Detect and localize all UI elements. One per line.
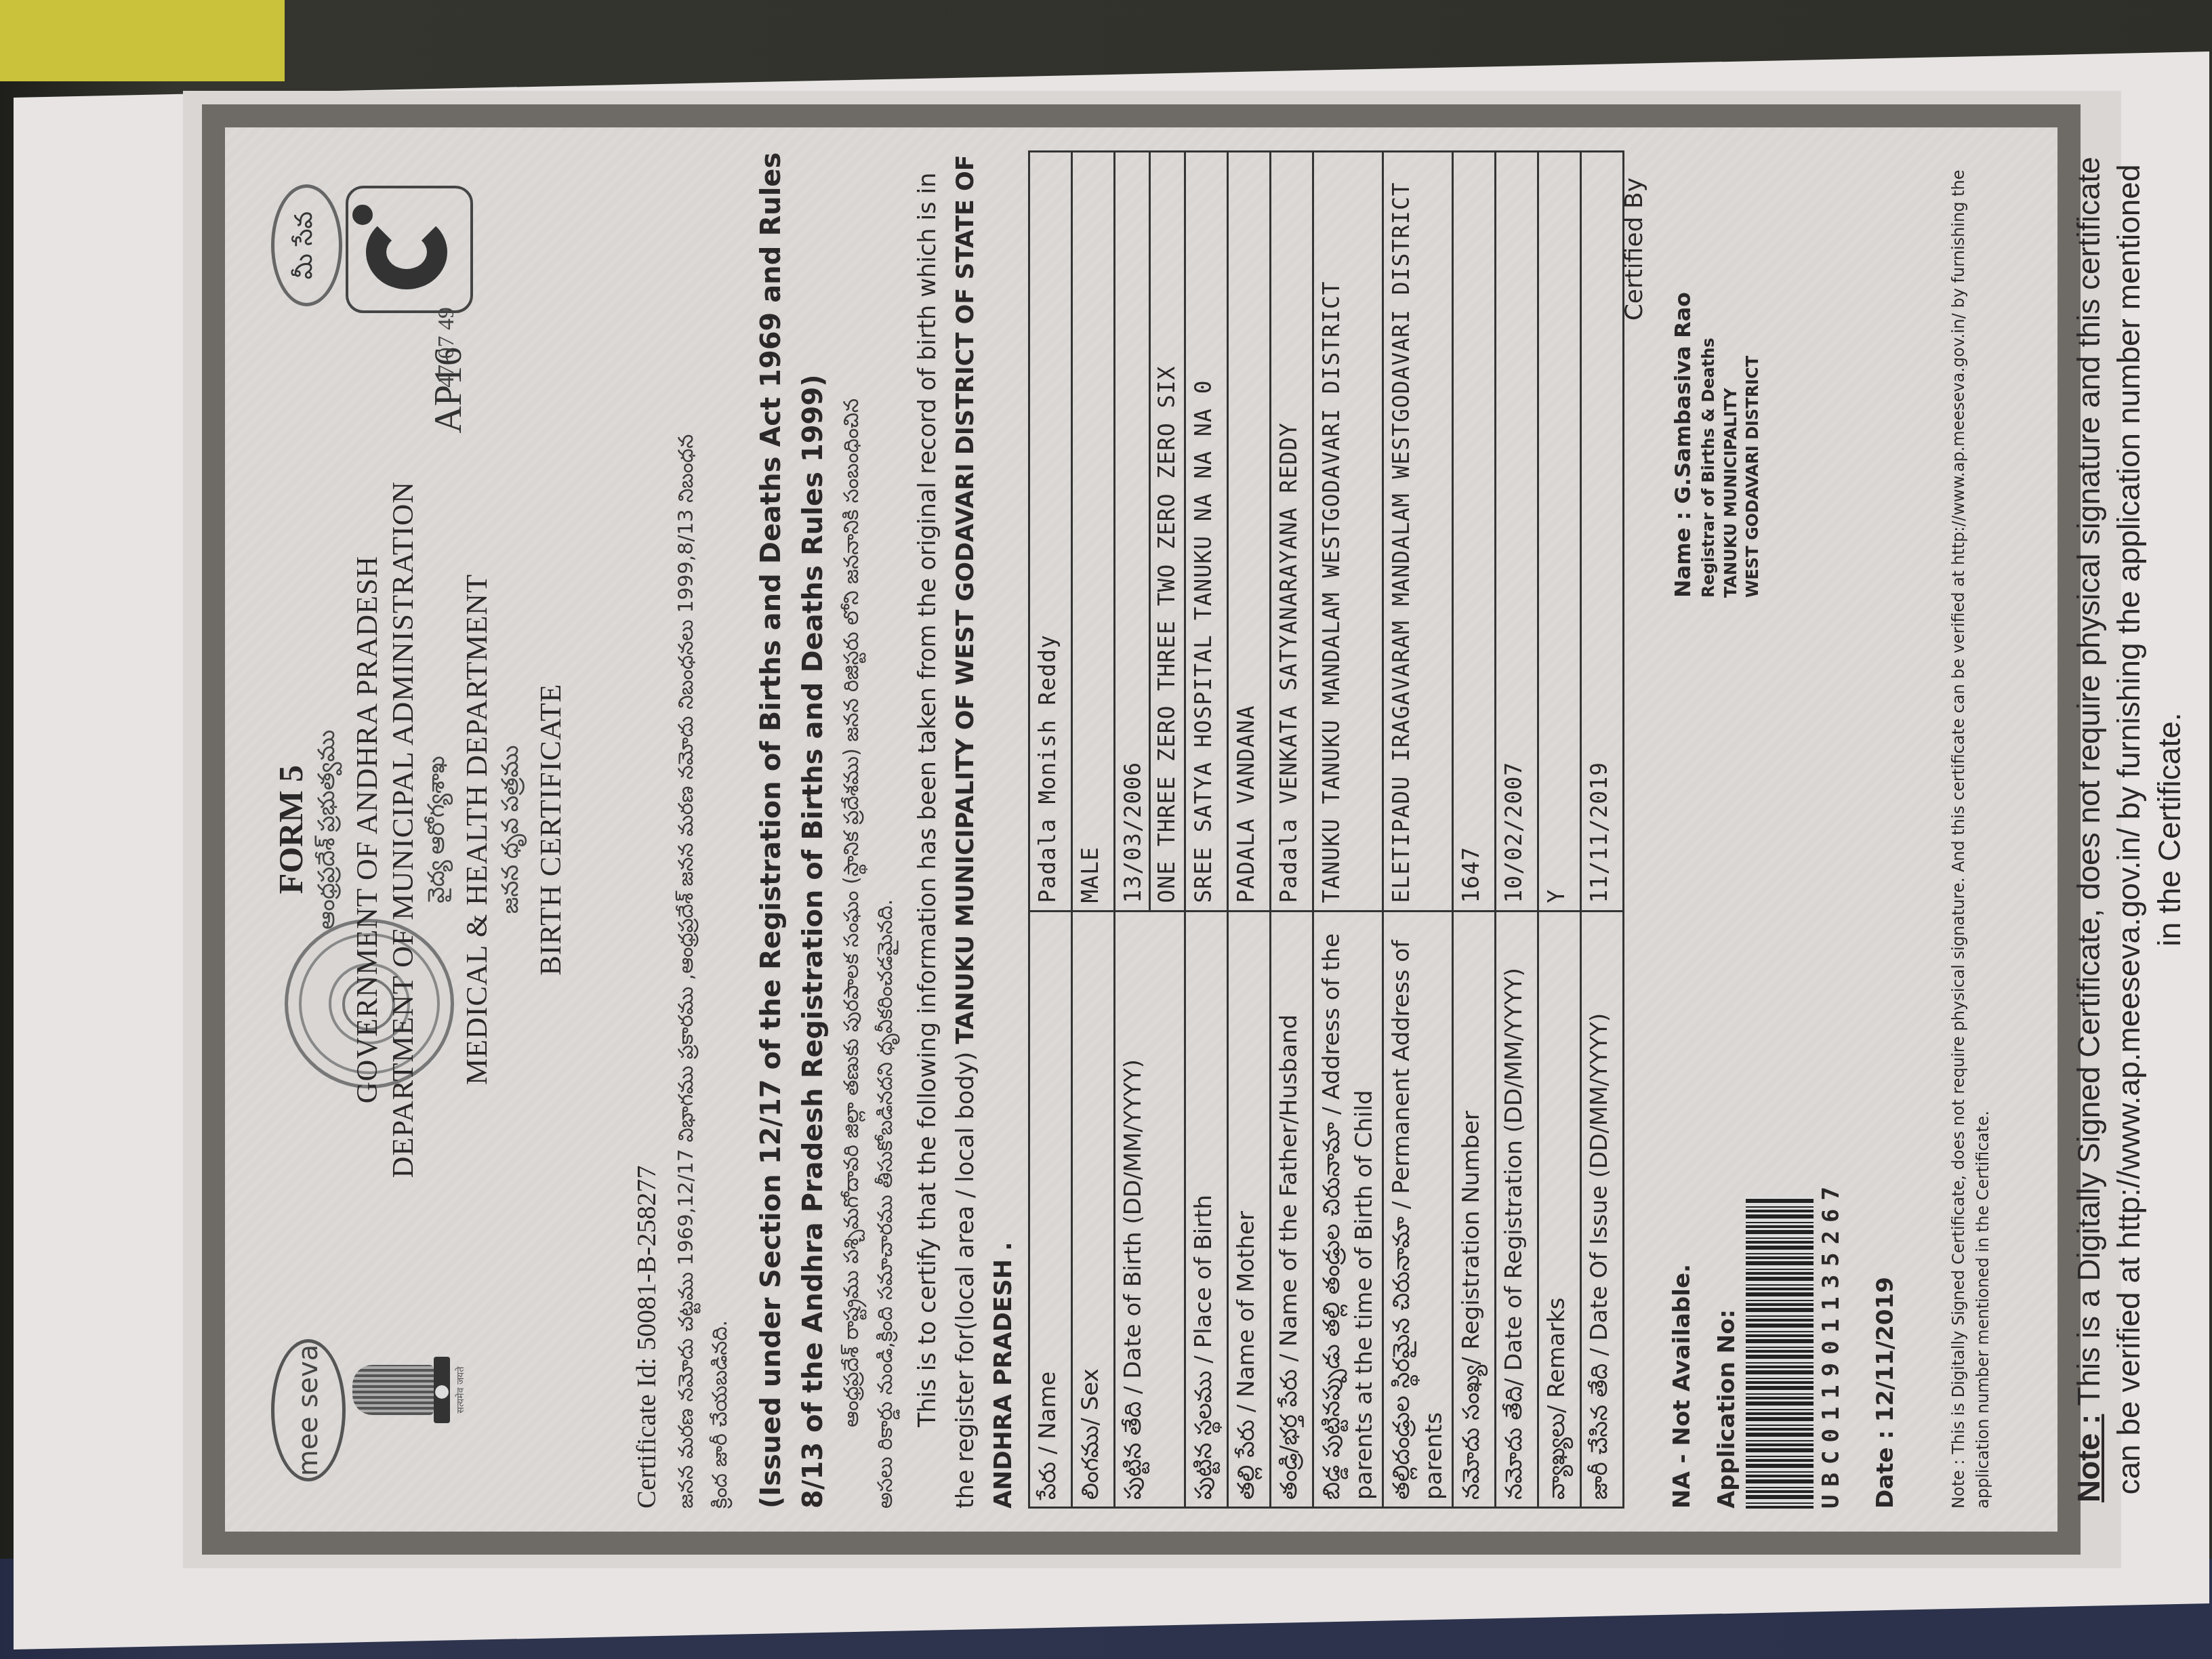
field-label: పేరు / Name xyxy=(1029,911,1072,1507)
table-row: పుట్టిన స్థలము / Place of BirthSREE SATY… xyxy=(1185,152,1228,1508)
application-no: UBC011901135267 xyxy=(1818,150,1845,1509)
table-row: జారీ చేసిన తేది / Date Of Issue (DD/MM/Y… xyxy=(1581,152,1624,1508)
title-block: FORM 5 ఆంధ్రప్రదేశ్ ప్రభుత్వము GOVERNMEN… xyxy=(271,150,569,1509)
govt-heading: GOVERNMENT OF ANDHRA PRADESH xyxy=(350,150,384,1509)
telugu-act-line-1: జనన మరణ నమోదు చట్టము 1969,12/17 విభాగము … xyxy=(674,150,703,1509)
table-row: వ్యాఖ్యలు/ RemarksY xyxy=(1538,152,1581,1508)
issue-date: Date : 12/11/2019 xyxy=(1872,150,1899,1509)
field-label: తల్లిదండ్రుల స్థిరమైన చిరునామా / Permane… xyxy=(1383,911,1453,1507)
form-label: FORM 5 xyxy=(271,150,310,1509)
field-value: 13/03/2006ONE THREE ZERO THREE TWO ZERO … xyxy=(1115,152,1185,912)
g-logo-icon xyxy=(366,215,447,289)
meeseva-right-logo: మీ సేవ 47 07 49 xyxy=(271,178,474,327)
table-row: పుట్టిన తేది / Date of Birth (DD/MM/YYYY… xyxy=(1115,152,1185,1508)
certificate-footer: NA - Not Available. Application No: UBC0… xyxy=(1668,150,2143,1509)
field-value: SREE SATYA HOSPITAL TANUKU NA NA NA 0 xyxy=(1185,152,1228,912)
field-label: నమోదు తేది/ Date of Registration (DD/MM/… xyxy=(1496,911,1538,1507)
field-value-words: ONE THREE ZERO THREE TWO ZERO ZERO SIX xyxy=(1149,152,1180,910)
certify-text: This is to certify that the following in… xyxy=(909,150,1023,1509)
footer-note-label: Note : xyxy=(2071,1414,2106,1502)
field-value-text: 1647 xyxy=(1458,159,1484,903)
certificate-id: Certificate Id: 50081-B-258277 xyxy=(630,150,662,1509)
table-row: తల్లిదండ్రుల స్థిరమైన చిరునామా / Permane… xyxy=(1383,152,1453,1508)
field-label: వ్యాఖ్యలు/ Remarks xyxy=(1538,911,1581,1507)
field-label: బిడ్డ పుట్టినప్పుడు తల్లి తండ్రుల చిరునా… xyxy=(1313,911,1383,1507)
field-value-text: 10/02/2007 xyxy=(1500,159,1527,903)
field-label: నమోదు సంఖ్య/ Registration Number xyxy=(1453,911,1496,1507)
digital-signature-note: Note : This is Digitally Signed Certific… xyxy=(1946,150,1995,1509)
dept-heading: DEPARTMENT OF MUNICIPAL ADMINISTRATION xyxy=(386,150,420,1509)
field-value: ELETIPADU IRAGAVARAM MANDALAM WESTGODAVA… xyxy=(1383,152,1453,912)
field-value-text: MALE xyxy=(1077,159,1103,903)
table-row: లింగము/ SexMALE xyxy=(1072,152,1115,1508)
logo-dot-icon xyxy=(352,205,373,225)
meeseva-telugu-logo: మీ సేవ xyxy=(271,184,342,306)
field-label: తండ్రి/భర్త పేరు / Name of the Father/Hu… xyxy=(1271,911,1313,1507)
certificate-header: mee seva सत्यमेव जयते FORM 5 ఆంధ్రప్రదేశ… xyxy=(244,150,623,1509)
field-label: పుట్టిన స్థలము / Place of Birth xyxy=(1185,911,1228,1507)
field-label: లింగము/ Sex xyxy=(1072,911,1115,1507)
field-value: 1647 xyxy=(1453,152,1496,912)
field-value-text: TANUKU TANUKU MANDALAM WESTGODAVARI DIST… xyxy=(1318,159,1345,903)
field-value-text: Y xyxy=(1543,159,1570,903)
field-value: Padala Monish Reddy xyxy=(1029,152,1072,912)
registrar-district: WEST GODAVARI DISTRICT xyxy=(1742,178,1763,598)
table-row: తల్లి పేరు / Name of MotherPADALA VANDAN… xyxy=(1228,152,1271,1508)
field-value: PADALA VANDANA xyxy=(1228,152,1271,912)
page-title: BIRTH CERTIFICATE xyxy=(533,150,568,1509)
field-label: తల్లి పేరు / Name of Mother xyxy=(1228,911,1271,1507)
telugu-govt-heading: ఆంధ్రప్రదేశ్ ప్రభుత్వము xyxy=(314,150,346,1509)
footer-note-text: This is a Digitally Signed Certificate, … xyxy=(2071,157,2188,1494)
issued-under-text: (Issued under Section 12/17 of the Regis… xyxy=(750,150,834,1509)
field-value: TANUKU TANUKU MANDALAM WESTGODAVARI DIST… xyxy=(1313,152,1383,912)
field-value: MALE xyxy=(1072,152,1115,912)
field-value: Y xyxy=(1538,152,1581,912)
birth-details-table: పేరు / NamePadala Monish Reddyలింగము/ Se… xyxy=(1028,150,1624,1509)
telugu-title: జనన ధృవ పత్రము xyxy=(498,150,529,1509)
telugu-act-line-2: క్రింద జారీ చేయబడినది. xyxy=(708,150,737,1509)
registrar-title: Registrar of Births & Deaths xyxy=(1698,178,1719,598)
registrar-name: Name : G.Sambasiva Rao xyxy=(1668,178,1698,598)
field-value-text: SREE SATYA HOSPITAL TANUKU NA NA NA 0 xyxy=(1190,159,1216,903)
table-row: పేరు / NamePadala Monish Reddy xyxy=(1029,152,1072,1508)
table-row: తండ్రి/భర్త పేరు / Name of the Father/Hu… xyxy=(1271,152,1313,1508)
registrar-body: TANUKU MUNICIPALITY xyxy=(1720,178,1742,598)
table-row: నమోదు సంఖ్య/ Registration Number1647 xyxy=(1453,152,1496,1508)
footer-note: Note : This is a Digitally Signed Certif… xyxy=(2069,150,2190,1509)
birth-certificate-page: mee seva सत्यमेव जयते FORM 5 ఆంధ్రప్రదేశ… xyxy=(183,91,2121,1568)
certified-by: Certified By xyxy=(1620,150,1648,1509)
field-value: 10/02/2007 xyxy=(1496,152,1538,912)
table-row: బిడ్డ పుట్టినప్పుడు తల్లి తండ్రుల చిరునా… xyxy=(1313,152,1383,1508)
field-label: జారీ చేసిన తేది / Date Of Issue (DD/MM/Y… xyxy=(1581,911,1624,1507)
field-value-text: 13/03/2006 xyxy=(1120,159,1146,903)
field-value: Padala VENKATA SATYANARAYANA REDDY xyxy=(1271,152,1313,912)
table-row: నమోదు తేది/ Date of Registration (DD/MM/… xyxy=(1496,152,1538,1508)
registrar-block: Name : G.Sambasiva Rao Registrar of Birt… xyxy=(1668,178,1763,598)
field-value-text: ELETIPADU IRAGAVARAM MANDALAM WESTGODAVA… xyxy=(1388,159,1414,903)
background-yellow-surface xyxy=(0,0,285,81)
field-value-text: Padala VENKATA SATYANARAYANA REDDY xyxy=(1275,159,1302,903)
field-value-text: Padala Monish Reddy xyxy=(1034,159,1061,903)
stamp-number: 47 07 49 xyxy=(434,307,459,388)
field-label: పుట్టిన తేది / Date of Birth (DD/MM/YYYY… xyxy=(1115,911,1185,1507)
telugu-certify-line-1: ఆంధ్రప్రదేశ్ రాష్ట్రము పశ్చిమగోదావరి జిల… xyxy=(840,150,868,1509)
field-value: 11/11/2019 xyxy=(1581,152,1624,912)
barcode-icon xyxy=(1746,1197,1814,1509)
telugu-certify-line-2: అసలు రికార్డు నుండి,క్రింది సమాచారము తీస… xyxy=(874,150,902,1509)
field-value-text: PADALA VANDANA xyxy=(1233,159,1259,903)
field-value-text: 11/11/2019 xyxy=(1586,159,1612,903)
